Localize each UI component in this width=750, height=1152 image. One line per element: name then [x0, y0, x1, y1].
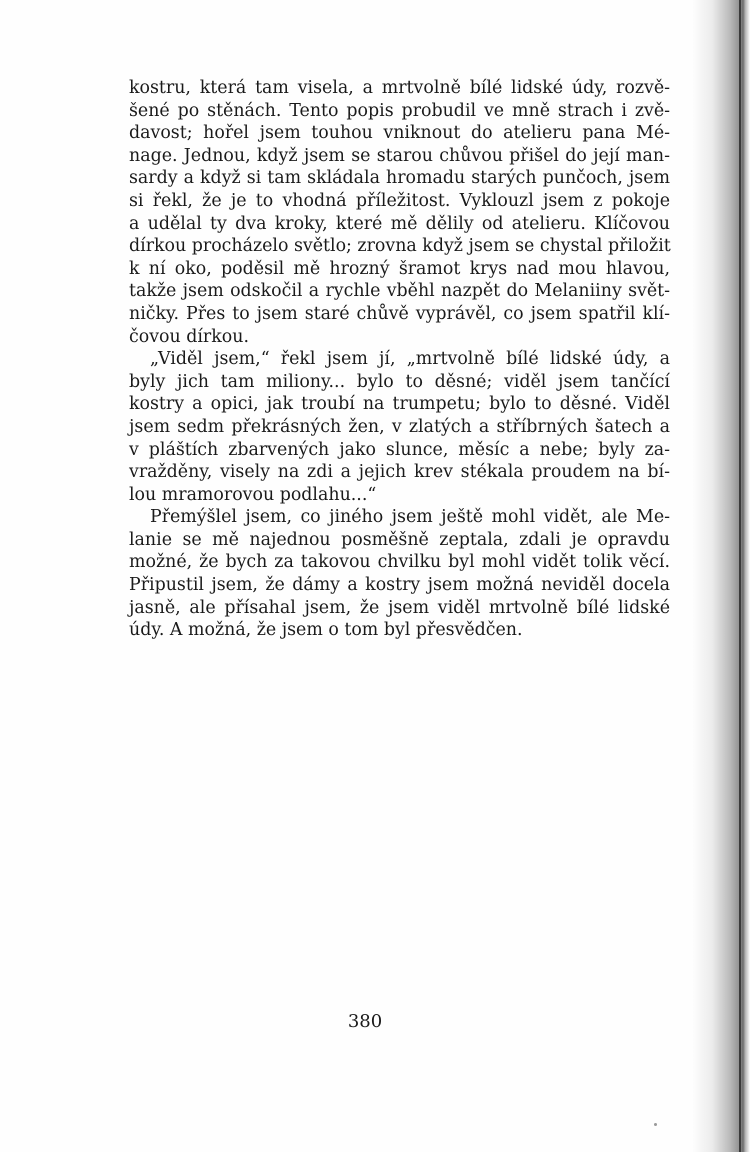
paragraph-2: „Viděl jsem,“ řekl jsem jí, „mrtvolně bí…	[129, 348, 670, 506]
body-text: kostru, která tam visela, a mrtvolně bíl…	[129, 77, 670, 642]
text-line: davost; hořel jsem touhou vniknout do at…	[129, 122, 670, 145]
text-line: si řekl, že je to vhodná příležitost. Vy…	[129, 190, 670, 213]
text-line: kostru, která tam visela, a mrtvolně bíl…	[129, 77, 670, 100]
text-line: vražděny, visely na zdi a jejich krev st…	[129, 461, 670, 484]
paper-speck	[654, 1123, 657, 1126]
text-line: dírkou procházelo světlo; zrovna když js…	[129, 235, 670, 258]
text-line: „Viděl jsem,“ řekl jsem jí, „mrtvolně bí…	[129, 348, 670, 371]
text-line: takže jsem odskočil a rychle vběhl nazpě…	[129, 280, 670, 303]
text-line: v pláštích zbarvených jako slunce, měsíc…	[129, 439, 670, 462]
text-line: údy. A možná, že jsem o tom byl přesvědč…	[129, 619, 670, 642]
binding-shadow	[692, 0, 750, 1152]
text-line: možné, že bych za takovou chvilku byl mo…	[129, 551, 670, 574]
text-line: jasně, ale přísahal jsem, že jsem viděl …	[129, 597, 670, 620]
text-line: kostry a opici, jak troubí na trumpetu; …	[129, 393, 670, 416]
book-page: kostru, která tam visela, a mrtvolně bíl…	[0, 0, 750, 1152]
text-line: lanie se mě najednou posměšně zeptala, z…	[129, 529, 670, 552]
text-line: byly jich tam miliony... bylo to děsné; …	[129, 371, 670, 394]
text-line: nage. Jednou, když jsem se starou chůvou…	[129, 145, 670, 168]
text-line: šené po stěnách. Tento popis probudil ve…	[129, 100, 670, 123]
text-line: Připustil jsem, že dámy a kostry jsem mo…	[129, 574, 670, 597]
binding-edge-line	[739, 0, 741, 1152]
paragraph-1: kostru, která tam visela, a mrtvolně bíl…	[129, 77, 670, 348]
text-line: a udělal ty dva kroky, které mě dělily o…	[129, 213, 670, 236]
page-number: 380	[0, 1011, 730, 1032]
text-line: čovou dírkou.	[129, 326, 670, 349]
text-line: k ní oko, poděsil mě hrozný šramot krys …	[129, 258, 670, 281]
paragraph-3: Přemýšlel jsem, co jiného jsem ještě moh…	[129, 506, 670, 642]
text-line: ničky. Přes to jsem staré chůvě vyprávěl…	[129, 303, 670, 326]
text-line: sardy a když si tam skládala hromadu sta…	[129, 167, 670, 190]
text-line: Přemýšlel jsem, co jiného jsem ještě moh…	[129, 506, 670, 529]
text-line: jsem sedm překrásných žen, v zlatých a s…	[129, 416, 670, 439]
text-line: lou mramorovou podlahu...“	[129, 484, 670, 507]
